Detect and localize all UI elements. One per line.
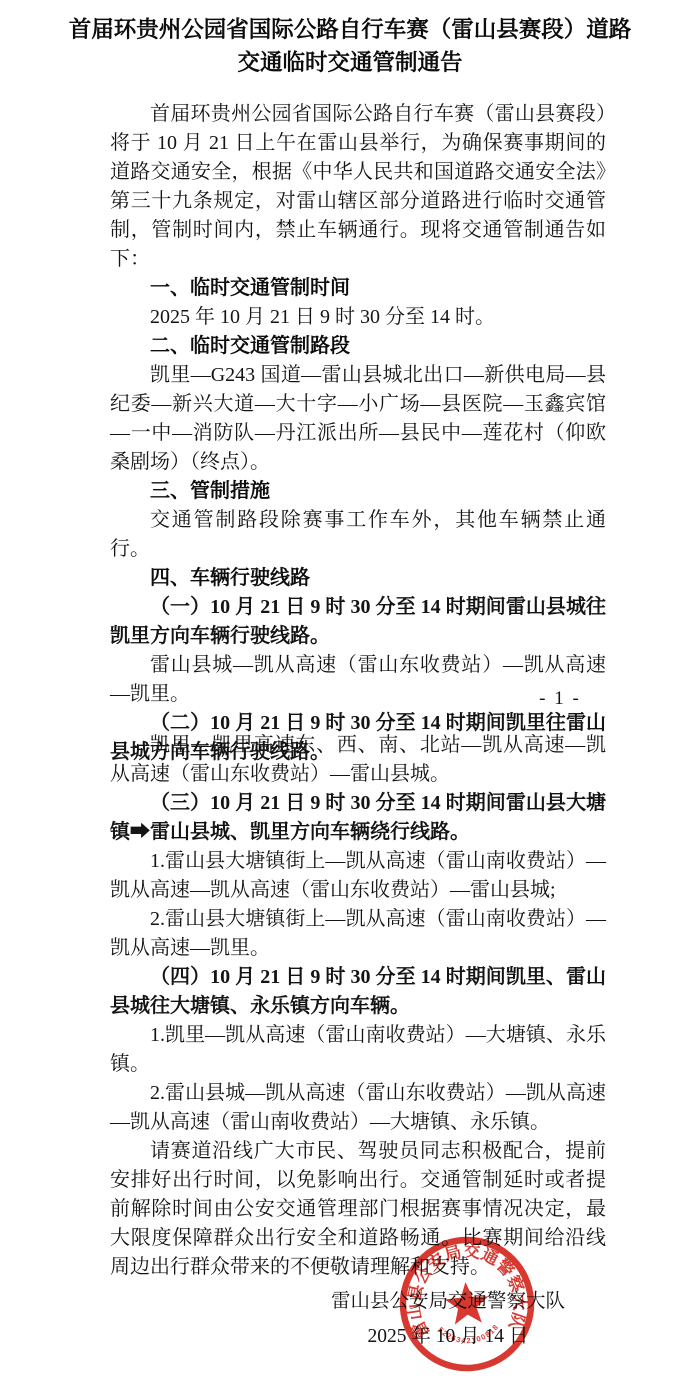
document-title-line1: 首届环贵州公园省国际公路自行车赛（雷山县赛段）道路 bbox=[0, 13, 700, 46]
section-heading: 三、管制措施 bbox=[110, 477, 606, 506]
paragraph: 2.雷山县城—凯从高速（雷山东收费站）—凯从高速—凯从高速（雷山南收费站）—大塘… bbox=[110, 1079, 606, 1137]
paragraph: 1.凯里—凯从高速（雷山南收费站）—大塘镇、永乐镇。 bbox=[110, 1021, 606, 1079]
section-heading: （四）10 月 21 日 9 时 30 分至 14 时期间凯里、雷山县城往大塘镇… bbox=[110, 963, 606, 1021]
paragraph: 2025 年 10 月 21 日 9 时 30 分至 14 时。 bbox=[110, 303, 606, 332]
body-text-page2: 凯里—凯里高速东、西、南、北站—凯从高速—凯从高速（雷山东收费站）—雷山县城。（… bbox=[110, 731, 606, 1282]
paragraph: 首届环贵州公园省国际公路自行车赛（雷山县赛段）将于 10 月 21 日上午在雷山… bbox=[110, 100, 606, 274]
paragraph: 交通管制路段除赛事工作车外，其他车辆禁止通行。 bbox=[110, 506, 606, 564]
paragraph: 1.雷山县大塘镇街上—凯从高速（雷山南收费站）—凯从高速—凯从高速（雷山东收费站… bbox=[110, 847, 606, 905]
document-title: 首届环贵州公园省国际公路自行车赛（雷山县赛段）道路 交通临时交通管制通告 bbox=[0, 13, 700, 79]
section-heading: 四、车辆行驶线路 bbox=[110, 564, 606, 593]
page-number: - 1 - bbox=[520, 687, 600, 711]
star-icon bbox=[444, 1281, 491, 1326]
section-heading: 一、临时交通管制时间 bbox=[110, 274, 606, 303]
paragraph: 凯里—G243 国道—雷山县城北出口—新供电局—县纪委—新兴大道—大十字—小广场… bbox=[110, 361, 606, 477]
section-heading: （一）10 月 21 日 9 时 30 分至 14 时期间雷山县城往凯里方向车辆… bbox=[110, 593, 606, 651]
section-heading: 二、临时交通管制路段 bbox=[110, 332, 606, 361]
body-text-page1: 首届环贵州公园省国际公路自行车赛（雷山县赛段）将于 10 月 21 日上午在雷山… bbox=[110, 100, 606, 767]
paragraph: 2.雷山县大塘镇街上—凯从高速（雷山南收费站）—凯从高速—凯里。 bbox=[110, 905, 606, 963]
section-heading: （三）10 月 21 日 9 时 30 分至 14 时期间雷山县大塘镇➡雷山县城… bbox=[110, 789, 606, 847]
notice-document: 首届环贵州公园省国际公路自行车赛（雷山县赛段）道路 交通临时交通管制通告 首届环… bbox=[0, 0, 700, 1383]
seal-code: 5226342100818 bbox=[436, 1321, 502, 1347]
document-title-line2: 交通临时交通管制通告 bbox=[0, 46, 700, 79]
paragraph: 凯里—凯里高速东、西、南、北站—凯从高速—凯从高速（雷山东收费站）—雷山县城。 bbox=[110, 731, 606, 789]
official-seal: 雷山县公安局交通警察大队 5226342100818 bbox=[392, 1229, 541, 1378]
